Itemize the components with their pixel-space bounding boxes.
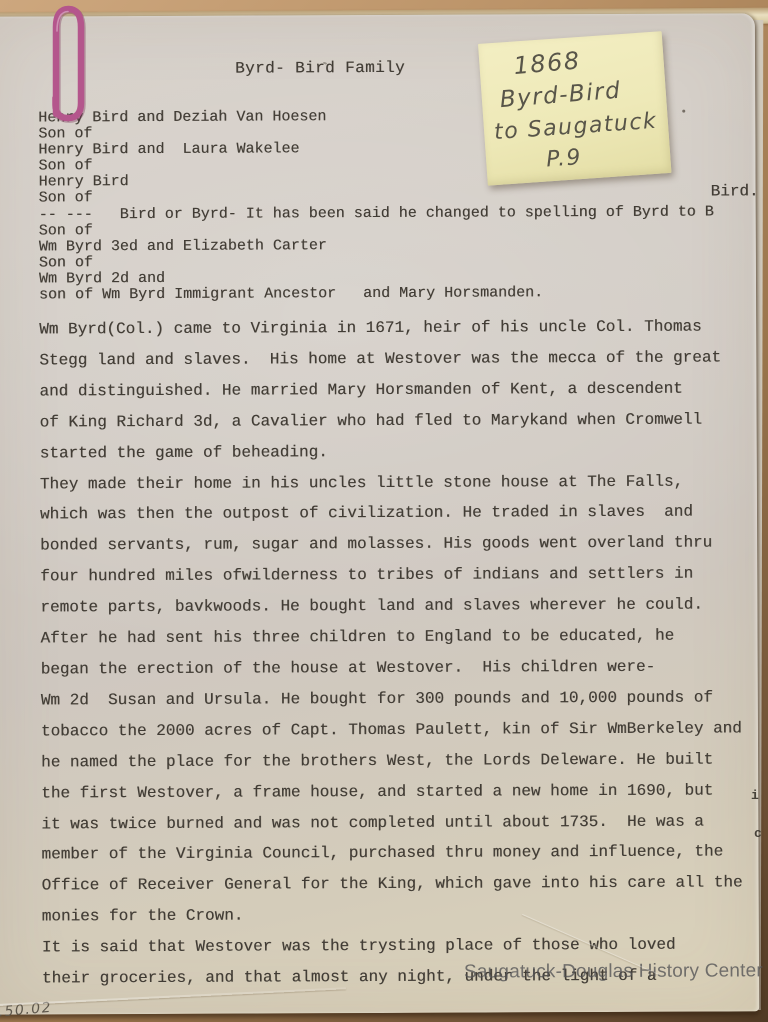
typed-line: monies for the Crown. [42, 899, 743, 933]
typed-line: started the game of beheading. [40, 435, 741, 469]
typed-line: and distinguished. He married Mary Horsm… [39, 373, 740, 407]
genealogy-line: son of Wm Byrd Immigrant Ancestor and Ma… [39, 285, 714, 304]
typed-line: began the erection of the house at Westo… [41, 651, 742, 685]
sticky-note-line: Byrd-Bird [499, 78, 622, 113]
typed-line: bonded servants, rum, sugar and molasses… [40, 528, 741, 562]
typed-line: which was then the outpost of civilizati… [40, 497, 741, 531]
sticky-note-line: P.9 [545, 145, 582, 172]
typed-line: Office of Receiver General for the King,… [42, 868, 743, 902]
watermark: Saugatuck-Douglas History Center [464, 960, 763, 983]
typed-line: four hundred miles ofwilderness to tribe… [40, 559, 741, 593]
sticky-note-line: to Saugatuck [493, 109, 658, 145]
typed-line: After he had sent his three children to … [40, 620, 741, 654]
edge-text-fragment: c [754, 826, 762, 841]
body-text: Wm Byrd(Col.) came to Virginia in 1671, … [39, 311, 743, 994]
typed-line: It is said that Westover was the trystin… [42, 930, 743, 964]
typed-line: Wm 2d Susan and Ursula. He bought for 30… [41, 682, 742, 716]
typed-line: he named the place for the brothers West… [41, 744, 742, 778]
typed-line: Stegg land and slaves. His home at Westo… [39, 342, 740, 376]
typed-line: tobacco the 2000 acres of Capt. Thomas P… [41, 713, 742, 747]
ink-speck [682, 110, 685, 113]
paperclip [38, 1, 102, 133]
photo-scene: Byrd- Bird Family Henry Bird and Deziah … [0, 0, 768, 1022]
sticky-note-line: 1868 [512, 46, 581, 80]
typed-line: member of the Virginia Council, purchase… [41, 837, 742, 871]
margin-note-bird: Bird. [711, 182, 759, 200]
sticky-note: 1868 Byrd-Bird to Saugatuck P.9 [478, 31, 671, 185]
typed-line: remote parts, bavkwoods. He bought land … [40, 590, 741, 624]
genealogy-line: -- --- Bird or Byrd- It has been said he… [39, 204, 714, 223]
typed-line: it was twice burned and was not complete… [41, 806, 742, 840]
typed-line: the first Westover, a frame house, and s… [41, 775, 742, 809]
typed-line: of King Richard 3d, a Cavalier who had f… [40, 404, 741, 438]
typed-line: Wm Byrd(Col.) came to Virginia in 1671, … [39, 311, 740, 345]
typed-line: They made their home in his uncles littl… [40, 466, 741, 500]
page-title: Byrd- Bird Family [235, 59, 405, 78]
edge-text-fragment: i [751, 788, 759, 803]
